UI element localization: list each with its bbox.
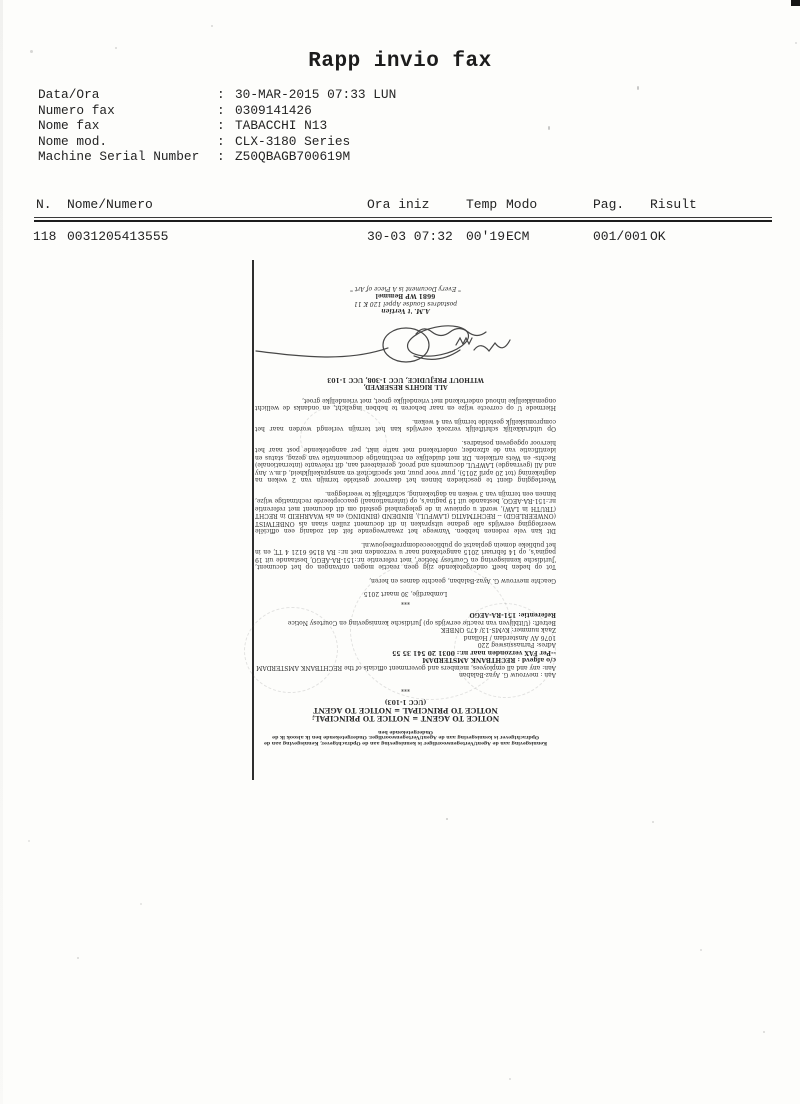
scan-speck (509, 1078, 511, 1080)
scan-corner-artifact (791, 0, 800, 6)
scan-speck (77, 957, 79, 959)
cell-n: 118 (33, 229, 56, 244)
fax-letter-line: Dit kan vele redenen hebben. Vanwege het… (255, 489, 556, 534)
report-fields: Data/Ora : 30-MAR-2015 07:33 LUN Numero … (38, 87, 396, 165)
scan-speck (140, 903, 142, 905)
field-data-ora: Data/Ora : 30-MAR-2015 07:33 LUN (38, 87, 396, 103)
signature-scrawl-icon (255, 316, 556, 372)
field-label: Numero fax (38, 103, 217, 119)
fax-letter-line: NOTICE TO AGENT = NOTICE TO PRINCIPAL; (255, 714, 556, 723)
fax-letter-line: postadres Goudse Appel 120 K 11 (255, 299, 556, 307)
scan-line-artifact (252, 260, 254, 780)
scan-speck (211, 25, 213, 27)
fax-letter-line: " Every Document is A Piece of Art " (255, 284, 556, 292)
field-nome-mod: Nome mod. : CLX-3180 Series (38, 134, 396, 150)
field-separator: : (217, 103, 227, 119)
fax-letter-line: Betreft: (Uitblijven van reactie eerwijd… (255, 618, 556, 626)
scan-speck (652, 821, 654, 823)
field-value: CLX-3180 Series (227, 134, 350, 150)
fax-letter-line: ALL RIGHTS RESERVED, (255, 383, 556, 391)
fax-letter-line: Kennisgeving aan de Agent/Vertegenwoordi… (255, 728, 556, 745)
fax-letter-line: Geachte mevrouw G. Ayaz-Balaban, geachte… (255, 576, 556, 584)
scan-edge-shadow (0, 0, 3, 1104)
field-separator: : (217, 149, 227, 165)
field-value: 30-MAR-2015 07:33 LUN (227, 87, 396, 103)
fax-letter-line: Aan: any and all employees, members and … (255, 663, 556, 671)
col-header-pag: Pag. (593, 197, 624, 212)
fax-letter-line: Adres: Parnassusweg 220 (255, 641, 556, 649)
field-label: Nome fax (38, 118, 217, 134)
scan-speck (115, 47, 117, 49)
scan-speck (700, 949, 702, 951)
fax-letter-letterhead: A.M. 't Vertienpostadres Goudse Appel 12… (255, 284, 556, 314)
field-separator: : (217, 134, 227, 150)
fax-report-page: Rapp invio fax Data/Ora : 30-MAR-2015 07… (0, 0, 800, 1104)
scan-speck (30, 50, 33, 53)
fax-letter-line: Aan : mevrouw G. Ayaz-Balaban (255, 671, 556, 679)
fax-page-thumbnail: Kennisgeving aan de Agent/Vertegenwoordi… (228, 255, 560, 785)
cell-pag: 001/001 (593, 229, 648, 244)
fax-letter-line: --Per FAX verzonden naar nr.: 0031 20 54… (255, 648, 556, 656)
field-label: Data/Ora (38, 87, 217, 103)
fax-letter-line: Tot op heden heeft ondergetekende zijg g… (255, 540, 556, 570)
fax-letter-line: 6681 WP Bemmel (255, 292, 556, 300)
col-header-ora-iniz: Ora iniz (367, 197, 429, 212)
field-value: Z50QBAGB700619M (227, 149, 350, 165)
fax-letter-line: NOTICE TO PRINCIPAL = NOTICE TO AGENT (255, 705, 556, 714)
field-serial-number: Machine Serial Number : Z50QBAGB700619M (38, 149, 396, 165)
col-header-temp: Temp (466, 197, 497, 212)
cell-temp: 00'19 (466, 229, 505, 244)
fax-letter-line: *** (255, 597, 556, 605)
fax-letter-line: *** (255, 684, 556, 692)
scan-speck (28, 840, 30, 842)
scan-speck (795, 42, 797, 44)
col-header-modo: Modo (506, 197, 537, 212)
field-numero-fax: Numero fax : 0309141426 (38, 103, 396, 119)
page-title: Rapp invio fax (0, 50, 800, 73)
fax-letter-line: Op uitdrukkelijk schriftelijk verzoek ee… (255, 417, 556, 432)
table-rule (34, 217, 772, 222)
cell-risult: OK (650, 229, 666, 244)
scan-speck (446, 818, 448, 820)
fax-letter-line: c/o afgevd : RECHTBANK AMSTERDAM (255, 656, 556, 664)
fax-letter-line: 1076 AV Amsterdam / Holland (255, 633, 556, 641)
field-value: 0309141426 (227, 103, 312, 119)
fax-letter-line: A.M. 't Vertien (255, 307, 556, 315)
field-separator: : (217, 118, 227, 134)
fax-letter-line: (UCC 1-103) (255, 698, 556, 706)
col-header-n: N. (36, 197, 52, 212)
field-value: TABACCHI N13 (227, 118, 327, 134)
fax-letter-line: Lombardije, 30 maart 2015 (255, 590, 556, 598)
fax-letter-line: Referentie: 151-RA-AEGO (255, 611, 556, 619)
cell-nome: 0031205413555 (67, 229, 168, 244)
cell-modo: ECM (506, 229, 529, 244)
fax-letter-line: WITHOUT PREJUDICE, UCC 1-308, UCC 1-103 (255, 375, 556, 383)
col-header-nome: Nome/Numero (67, 197, 153, 212)
scan-speck (637, 86, 639, 90)
scan-speck (548, 126, 550, 130)
fax-letter-body: Kennisgeving aan de Agent/Vertegenwoordi… (255, 375, 556, 745)
field-label: Machine Serial Number (38, 149, 217, 165)
cell-ora-iniz: 30-03 07:32 (367, 229, 453, 244)
fax-letter-content: Kennisgeving aan de Agent/Vertegenwoordi… (255, 284, 556, 745)
fax-letter-line: Weerlegging dient te geschieden binnen h… (255, 438, 556, 483)
field-nome-fax: Nome fax : TABACCHI N13 (38, 118, 396, 134)
fax-letter-line: Zaak nummer: KvMS-13/ 475 ONBEK (255, 626, 556, 634)
fax-letter-line: Hiermede U op correcte wijze en naar beh… (255, 396, 556, 411)
scan-speck (763, 1031, 765, 1033)
field-label: Nome mod. (38, 134, 217, 150)
col-header-risult: Risult (650, 197, 697, 212)
field-separator: : (217, 87, 227, 103)
